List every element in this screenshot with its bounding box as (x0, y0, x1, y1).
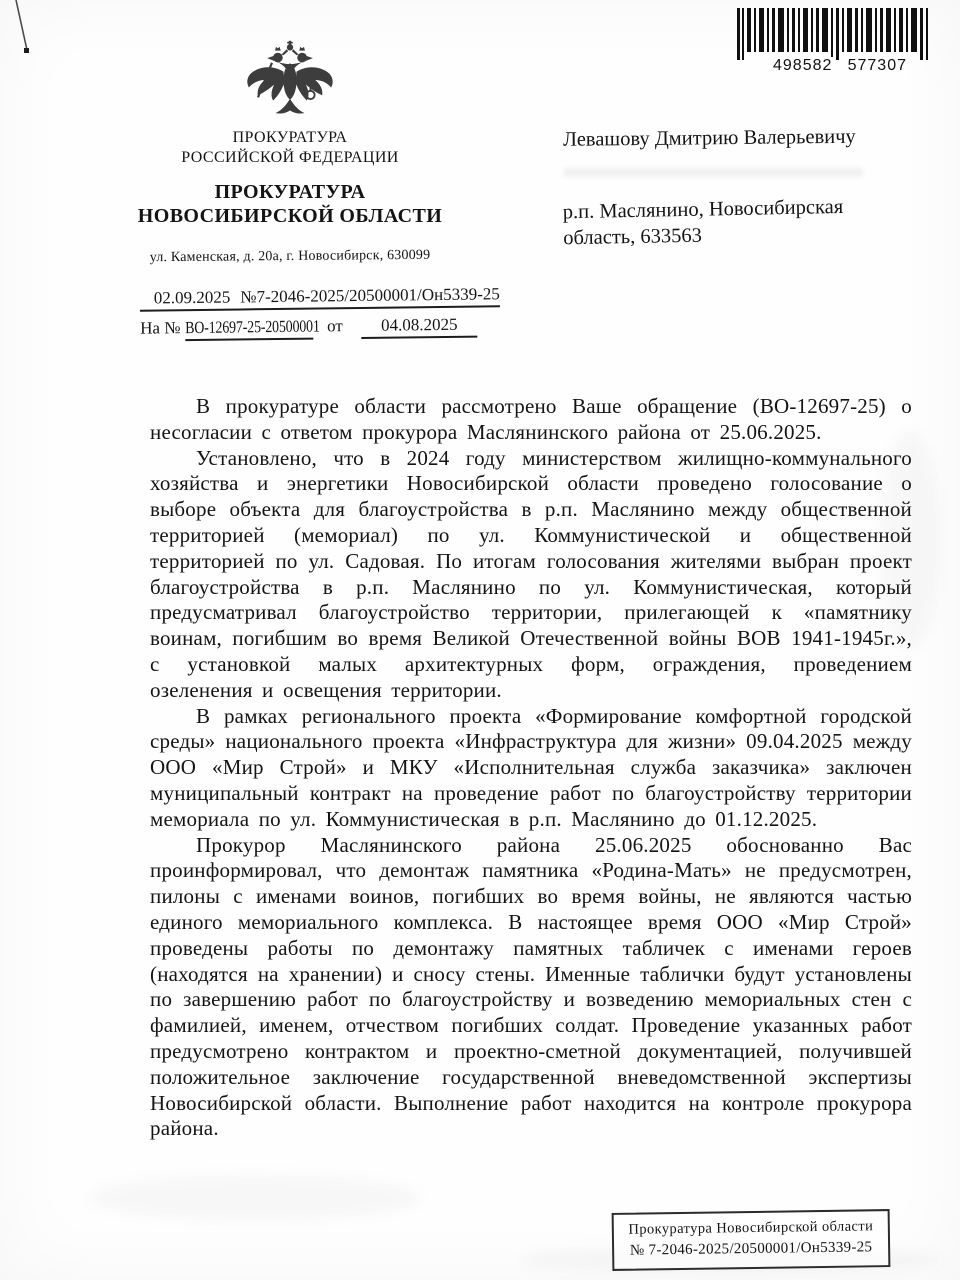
org-federation-name: ПРОКУРАТУРА РОССИЙСКОЙ ФЕДЕРАЦИИ (95, 128, 485, 167)
scan-fold-line (0, 0, 40, 62)
barcode-number-right: 577307 (845, 57, 910, 75)
org-regional-line1: ПРОКУРАТУРА (95, 180, 485, 204)
letter-body: В прокуратуре области рассмотрено Ваше о… (150, 394, 912, 1142)
scan-noise (880, 430, 940, 650)
body-paragraph: В прокуратуре области рассмотрено Ваше о… (150, 394, 912, 446)
barcode: 498582 577307 (736, 8, 936, 75)
outgoing-reference-line: 02.09.2025№7-2046-2025/20500001/Он5339-2… (140, 283, 580, 311)
incoming-number: ВО-12697-25-20500001 (185, 316, 320, 338)
reply-prefix-label: На № (140, 318, 181, 337)
body-paragraph: В рамках регионального проекта «Формиров… (150, 704, 912, 833)
stamp-number: № 7-2046-2025/20500001/Он5339-25 (620, 1239, 882, 1260)
recipient-name: Левашову Дмитрию Валерьевичу (563, 124, 908, 153)
ot-label: от (327, 316, 343, 335)
scanned-letter-page: 498582 577307 (0, 0, 960, 1280)
coat-of-arms-eagle-icon (234, 38, 346, 122)
body-paragraph: Прокурор Маслянинского района 25.06.2025… (150, 833, 912, 1143)
org-address: ул. Каменская, д. 20а, г. Новосибирск, 6… (95, 247, 485, 266)
body-paragraph: Установлено, что в 2024 году министерств… (150, 446, 912, 704)
recipient-block: Левашову Дмитрию Валерьевичу р.п. Маслян… (563, 126, 908, 248)
incoming-reference-line: На № ВО-12697-25-20500001 от 04.08.2025 (140, 313, 580, 341)
registration-stamp: Прокуратура Новосибирской области № 7-20… (612, 1209, 891, 1271)
org-regional-line2: НОВОСИБИРСКОЙ ОБЛАСТИ (95, 204, 485, 228)
incoming-date: 04.08.2025 (361, 315, 478, 339)
scan-noise (90, 1175, 420, 1221)
org-regional-name: ПРОКУРАТУРА НОВОСИБИРСКОЙ ОБЛАСТИ (95, 180, 485, 229)
reference-block: 02.09.2025№7-2046-2025/20500001/Он5339-2… (140, 283, 581, 341)
stamp-org-name: Прокуратура Новосибирской области (620, 1218, 882, 1239)
letterhead: ПРОКУРАТУРА РОССИЙСКОЙ ФЕДЕРАЦИИ ПРОКУРА… (95, 38, 485, 265)
outgoing-number: №7-2046-2025/20500001/Он5339-25 (240, 284, 500, 310)
outgoing-date: 02.09.2025 (140, 287, 241, 311)
erased-text-smudge (563, 168, 863, 177)
barcode-number-left: 498582 (770, 57, 835, 75)
recipient-address: р.п. Маслянино, Новосибирская область, 6… (563, 193, 909, 251)
org-federation-line1: ПРОКУРАТУРА (95, 128, 485, 148)
org-federation-line2: РОССИЙСКОЙ ФЕДЕРАЦИИ (95, 148, 485, 168)
